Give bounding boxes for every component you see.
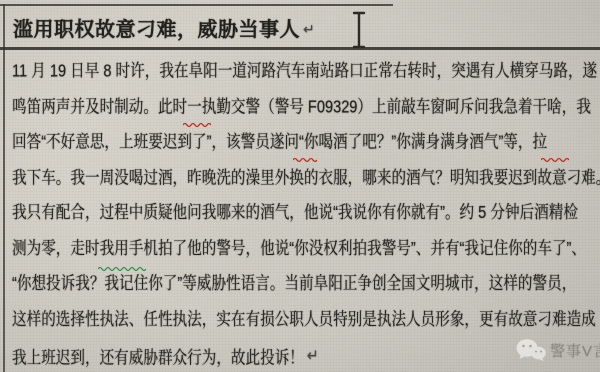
body-text-line[interactable]: 我下车。我一周没喝过酒，昨晚洗的澡里外换的衣服，哪来的酒气？明知我要迟到故意刁难… <box>12 161 598 196</box>
page-title: 滥用职权故意刁难，威胁当事人 <box>13 19 300 41</box>
body-text-line[interactable]: 这样的选择性执法、任性执法，实在有损公职人员特别是执法人员形象，更有故意刁难造成 <box>12 303 598 338</box>
document-title-row[interactable]: 滥用职权故意刁难，威胁当事人↵ <box>13 13 315 42</box>
body-text-line[interactable]: 回答“不好意思，上班要迟到了”，该警员遂问“你喝酒了吧？”你满身满身酒气”等，拉 <box>12 126 598 161</box>
table-border-divider <box>0 47 600 50</box>
body-text-line[interactable]: 11 月 19 日早 8 时许，我在阜阳一道河路汽车南站路口正常右转时，突遇有人… <box>12 55 598 90</box>
body-text-last: 我上班迟到，还有威胁群众行为，故此投诉！ <box>12 349 304 368</box>
body-text-line[interactable]: “你想投诉我？我记住你了”等威胁性语言。当前阜阳正争创全国文明城市，这样的警员， <box>12 267 598 302</box>
body-text-line[interactable]: 我上班迟到，还有威胁群众行为，故此投诉！↵ <box>12 338 598 372</box>
table-border-left <box>3 4 5 372</box>
body-text-line[interactable]: 我只有配合，过程中质疑他问我哪来的酒气，他说“我说你有你就有”。约 5 分钟后酒… <box>12 197 598 232</box>
wechat-icon <box>516 338 546 362</box>
body-text-line[interactable]: 测为零，走时我用手机拍了他的警号，他说“你没权利拍我警号”、并有“我记住你的车了… <box>12 232 598 267</box>
paragraph-mark-icon: ↵ <box>303 21 315 37</box>
document-body[interactable]: 11 月 19 日早 8 时许，我在阜阳一道河路汽车南站路口正常右转时，突遇有人… <box>12 55 598 372</box>
table-border-top <box>0 4 393 6</box>
body-text-line[interactable]: 鸣笛两声并及时制动。此时一执勤交警（警号 F09329）上前敲车窗呵斥问我急着干… <box>12 90 598 125</box>
paragraph-mark-icon: ↵ <box>307 345 319 364</box>
watermark: 警事V言 <box>516 338 600 362</box>
watermark-label: 警事V言 <box>550 340 600 361</box>
document-photo: 滥用职权故意刁难，威胁当事人↵ 11 月 19 日早 8 时许，我在阜阳一道河路… <box>0 0 600 372</box>
